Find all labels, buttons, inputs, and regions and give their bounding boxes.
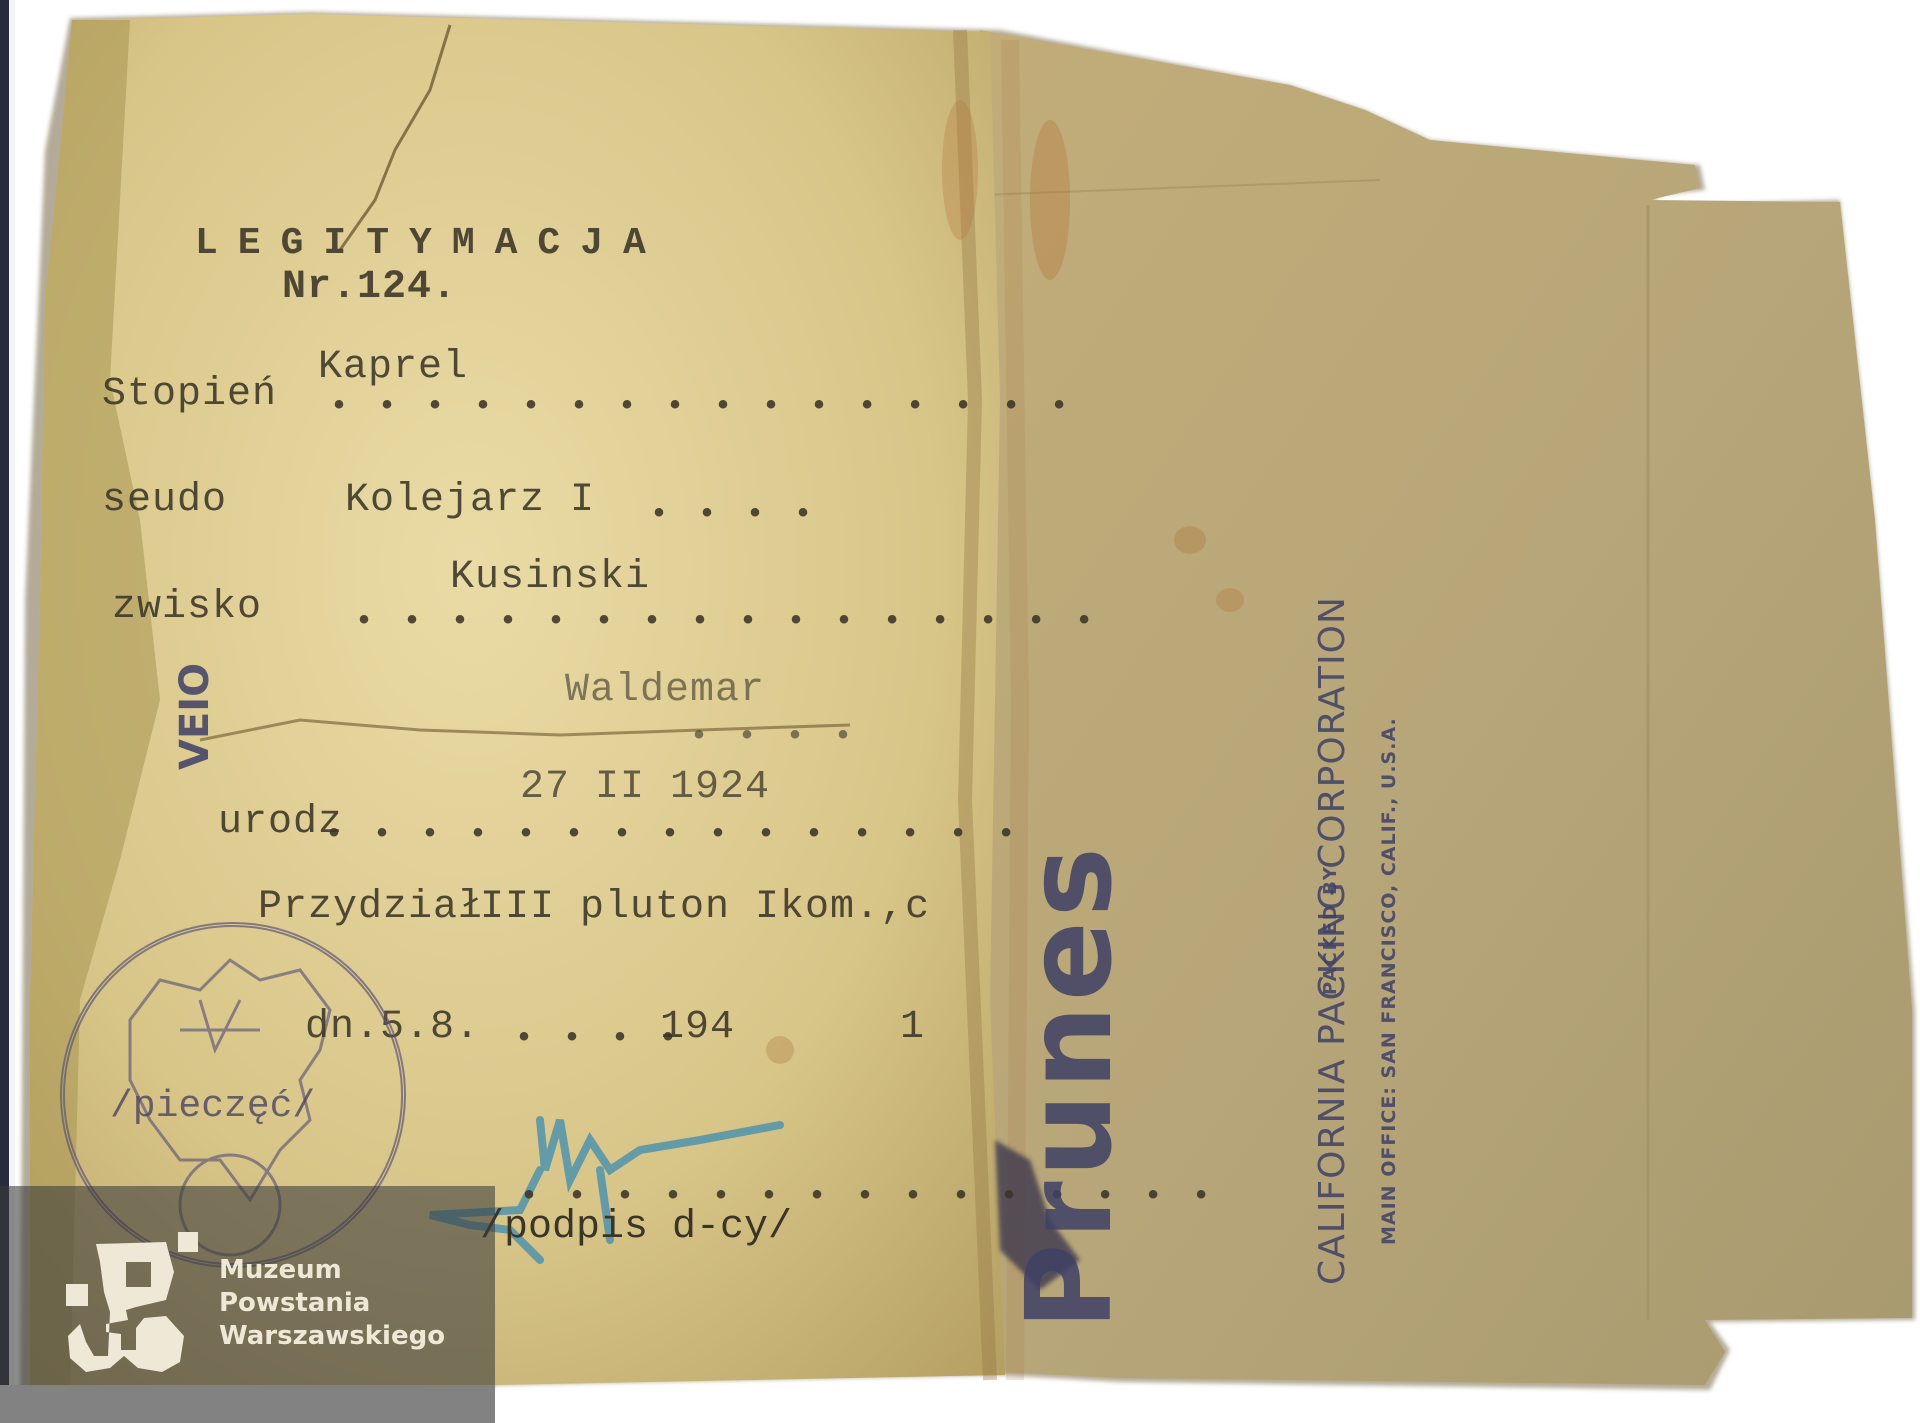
watermark-bottom-strip [0, 1385, 495, 1423]
value-year: 194 [660, 1005, 735, 1050]
dots-nazwisko: • • • • • • • • • • • • • • • • [355, 605, 1099, 639]
dots-stopien: • • • • • • • • • • • • • • • • [330, 390, 1074, 424]
value-przydzial: III pluton Ikom.,c [480, 885, 930, 930]
prunes-stamp: Prunes [1000, 843, 1138, 1330]
dots-dn: • • • • [515, 1022, 683, 1056]
dots-pseudo: • • • • [650, 498, 818, 532]
cpc-address: MAIN OFFICE: SAN FRANCISCO, CALIF., U.S.… [1378, 717, 1400, 1245]
label-nazwisko: zwisko [112, 585, 262, 630]
dots-imie: • • • • [690, 720, 858, 754]
value-year-suffix: 1 [900, 1005, 925, 1050]
dots-urodz: • • • • • • • • • • • • • • • [325, 818, 1021, 852]
museum-name: Muzeum Powstania Warszawskiego [219, 1254, 445, 1353]
document-number: Nr.124. [282, 265, 457, 310]
value-pseudo: Kolejarz I [345, 478, 595, 523]
label-pseudo: seudo [102, 478, 227, 523]
value-urodz: 27 II 1924 [520, 765, 770, 810]
signature-caption: /podpis d-cy/ [480, 1205, 792, 1250]
value-nazwisko: Kusinski [450, 555, 650, 600]
cpc-company-name: CALIFORNIA PACKING CORPORATION [1312, 596, 1353, 1285]
value-imie: Waldemar [565, 668, 765, 713]
kotwica-anchor-icon [66, 1232, 206, 1377]
label-przydzial: Przydział [258, 885, 483, 930]
document-title: LEGITYMACJA [195, 222, 666, 265]
museum-name-line2: Powstania [219, 1287, 445, 1320]
value-stopien: Kaprel [318, 345, 468, 390]
partial-stamp-left: VEIO [172, 663, 218, 770]
seal-caption: /pieczęć/ [110, 1085, 315, 1128]
museum-name-line1: Muzeum [219, 1254, 445, 1287]
museum-name-line3: Warszawskiego [219, 1320, 445, 1353]
label-stopien: Stopień [102, 372, 277, 417]
